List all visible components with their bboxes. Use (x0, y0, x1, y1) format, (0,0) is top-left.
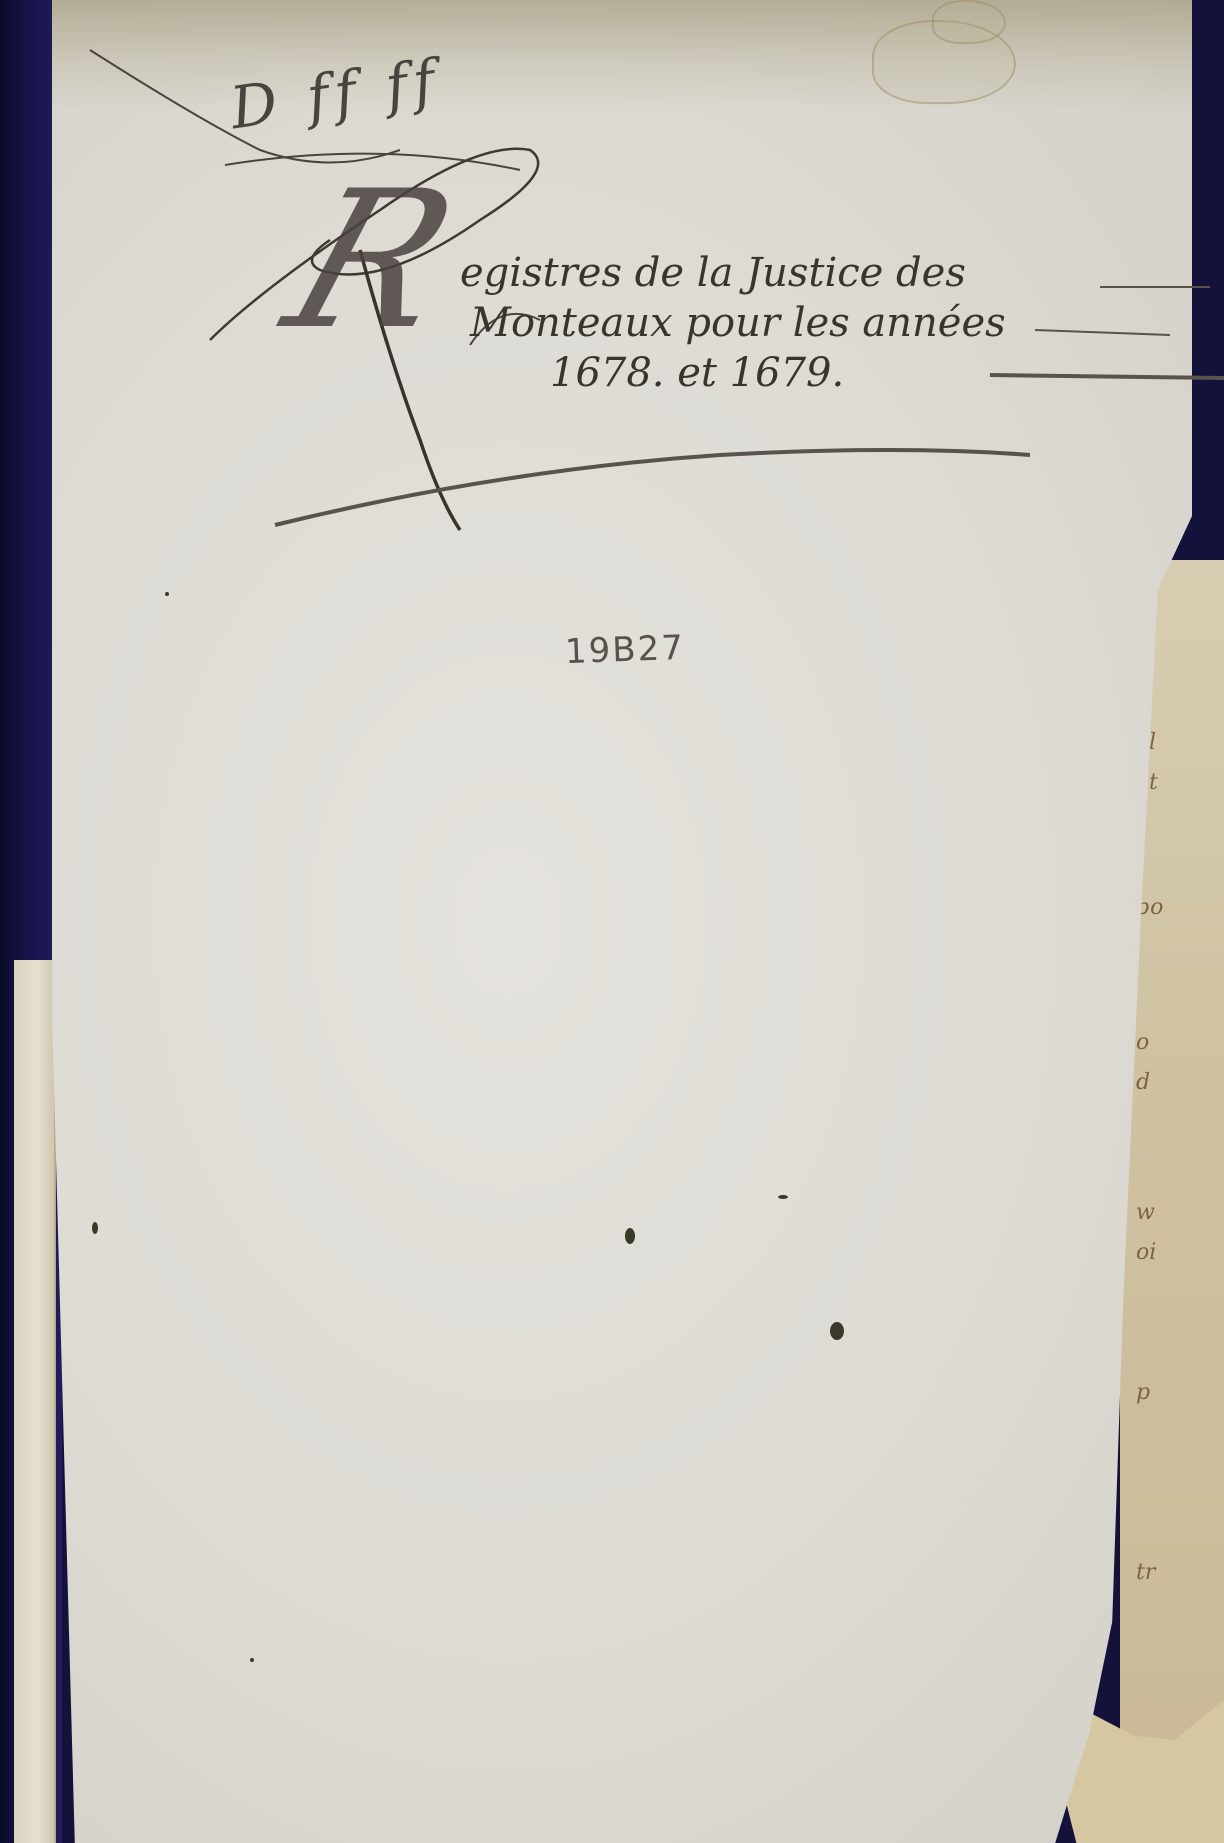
underlying-text-fragment: tr (1136, 1560, 1155, 1585)
folded-left-strip (14, 960, 56, 1843)
manuscript-photo: el et bo o d w oi p tr D ff ff R egistre… (0, 0, 1224, 1843)
ink-spot (778, 1195, 788, 1199)
underlying-text-fragment: d (1136, 1070, 1150, 1095)
ink-spot (625, 1228, 635, 1244)
title-line-1: egistres de la Justice des (460, 250, 966, 296)
title-line-3: 1678. et 1679. (550, 350, 844, 396)
archive-shelfmark: 19B27 (564, 628, 685, 672)
underlying-text-fragment: oi (1136, 1240, 1156, 1265)
ink-spot (250, 1658, 254, 1662)
ink-spot (165, 592, 169, 596)
ink-spot (830, 1322, 844, 1340)
underlying-text-fragment: o (1136, 1030, 1149, 1055)
ink-spot (92, 1222, 98, 1234)
underlying-text-fragment: w (1136, 1200, 1155, 1225)
underlying-text-fragment: p (1136, 1380, 1150, 1405)
water-stain (932, 0, 1006, 44)
title-line-2: Monteaux pour les années (470, 300, 1006, 346)
